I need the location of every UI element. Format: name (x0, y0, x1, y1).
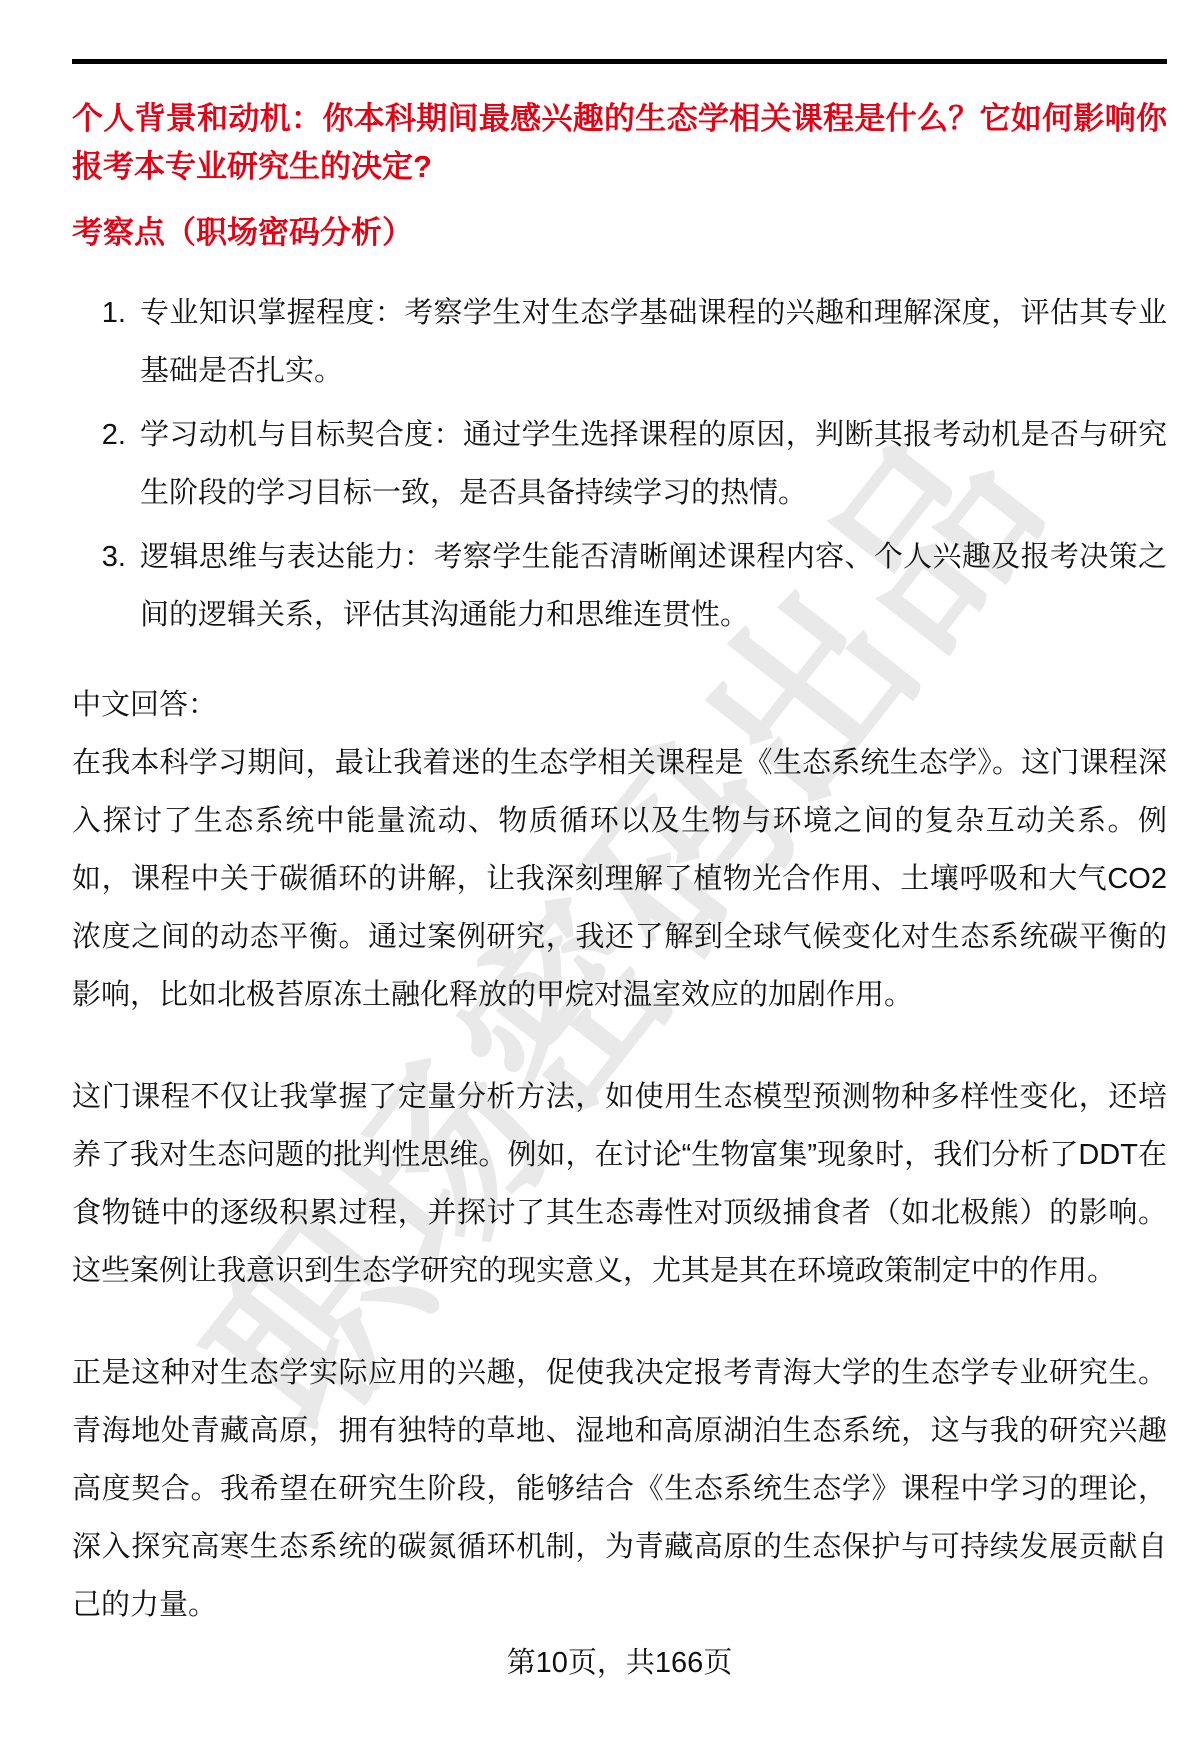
analysis-point-1: 专业知识掌握程度：考察学生对生态学基础课程的兴趣和理解深度，评估其专业基础是否扎… (134, 284, 1167, 400)
top-divider-rule (72, 59, 1167, 64)
answer-paragraph-2: 这门课程不仅让我掌握了定量分析方法，如使用生态模型预测物种多样性变化，还培养了我… (72, 1068, 1167, 1300)
page-content: 个人背景和动机：你本科期间最感兴趣的生态学相关课程是什么？它如何影响你报考本专业… (72, 0, 1167, 1692)
answer-paragraph-1: 在我本科学习期间，最让我着迷的生态学相关课程是《生态系统生态学》。这门课程深入探… (72, 734, 1167, 1024)
analysis-point-2: 学习动机与目标契合度：通过学生选择课程的原因，判断其报考动机是否与研究生阶段的学… (134, 406, 1167, 522)
question-heading: 个人背景和动机：你本科期间最感兴趣的生态学相关课程是什么？它如何影响你报考本专业… (72, 95, 1167, 191)
answer-paragraph-3: 正是这种对生态学实际应用的兴趣，促使我决定报考青海大学的生态学专业研究生。青海地… (72, 1344, 1167, 1634)
page-number: 第10页，共166页 (72, 1634, 1167, 1692)
document-page: 职场密码出品 个人背景和动机：你本科期间最感兴趣的生态学相关课程是什么？它如何影… (0, 0, 1200, 1755)
analysis-points-list: 专业知识掌握程度：考察学生对生态学基础课程的兴趣和理解深度，评估其专业基础是否扎… (72, 284, 1167, 644)
answer-label: 中文回答： (72, 676, 1167, 734)
analysis-section-heading: 考察点（职场密码分析） (72, 209, 1167, 257)
analysis-point-3: 逻辑思维与表达能力：考察学生能否清晰阐述课程内容、个人兴趣及报考决策之间的逻辑关… (134, 528, 1167, 644)
